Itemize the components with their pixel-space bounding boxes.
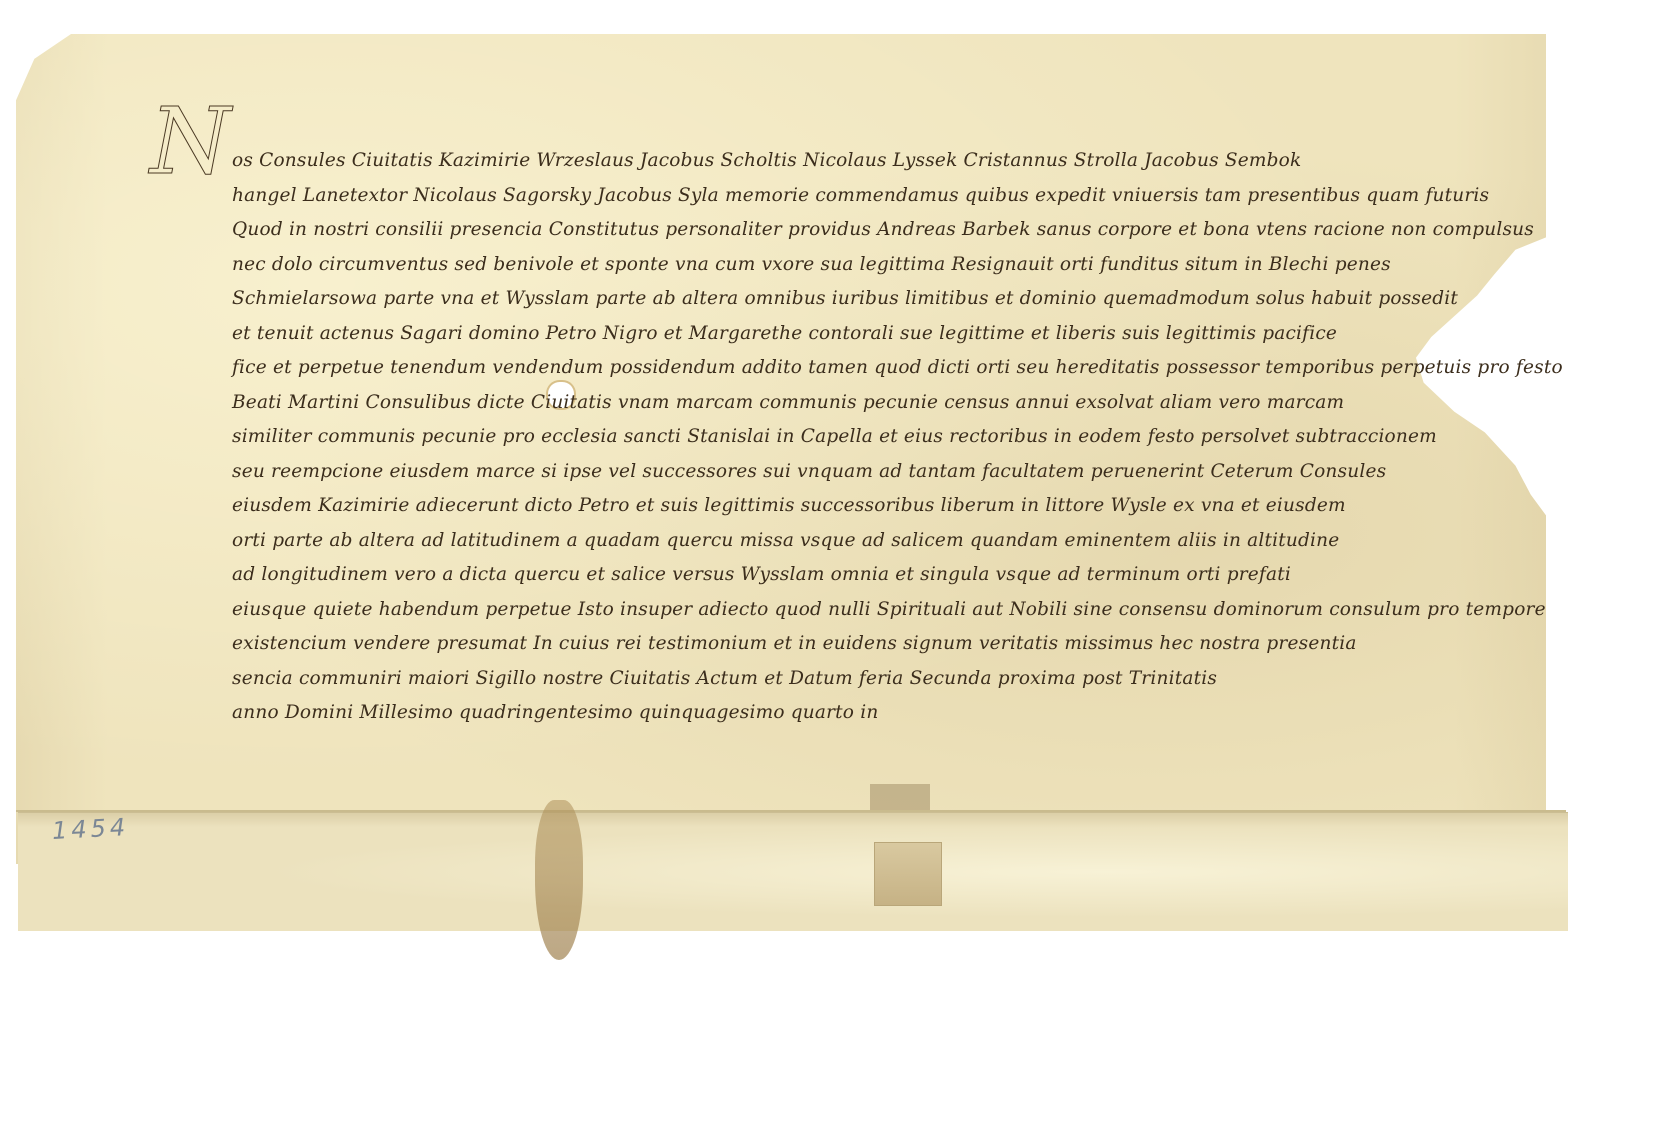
text-line: seu reempcione eiusdem marce si ipse vel… [232, 455, 1472, 490]
text-line: similiter communis pecunie pro ecclesia … [232, 420, 1472, 455]
text-line: fice et perpetue tenendum vendendum poss… [232, 351, 1472, 386]
plica-fold [18, 812, 1568, 931]
text-line: eiusque quiete habendum perpetue Isto in… [232, 593, 1472, 628]
water-stain [535, 800, 583, 960]
decorated-initial: N [150, 96, 231, 188]
text-line: ad longitudinem vero a dicta quercu et s… [232, 558, 1472, 593]
seal-tag-stain [870, 784, 930, 810]
text-line: os Consules Ciuitatis Kazimirie Wrzeslau… [232, 144, 1472, 179]
seal-slot [874, 842, 942, 906]
text-line: Beati Martini Consulibus dicte Ciuitatis… [232, 386, 1472, 421]
text-line: anno Domini Millesimo quadringentesimo q… [232, 696, 1472, 731]
text-line: hangel Lanetextor Nicolaus Sagorsky Jaco… [232, 179, 1472, 214]
text-line: et tenuit actenus Sagari domino Petro Ni… [232, 317, 1472, 352]
text-line: Schmielarsowa parte vna et Wysslam parte… [232, 282, 1472, 317]
text-line: nec dolo circumventus sed benivole et sp… [232, 248, 1472, 283]
text-line: eiusdem Kazimirie adiecerunt dicto Petro… [232, 489, 1472, 524]
text-line: existencium vendere presumat In cuius re… [232, 627, 1472, 662]
text-line: sencia communiri maiori Sigillo nostre C… [232, 662, 1472, 697]
archival-date-note: 1454 [51, 813, 129, 845]
text-line: Quod in nostri consilii presencia Consti… [232, 213, 1472, 248]
charter-text: os Consules Ciuitatis Kazimirie Wrzeslau… [232, 144, 1472, 731]
text-line: orti parte ab altera ad latitudinem a qu… [232, 524, 1472, 559]
